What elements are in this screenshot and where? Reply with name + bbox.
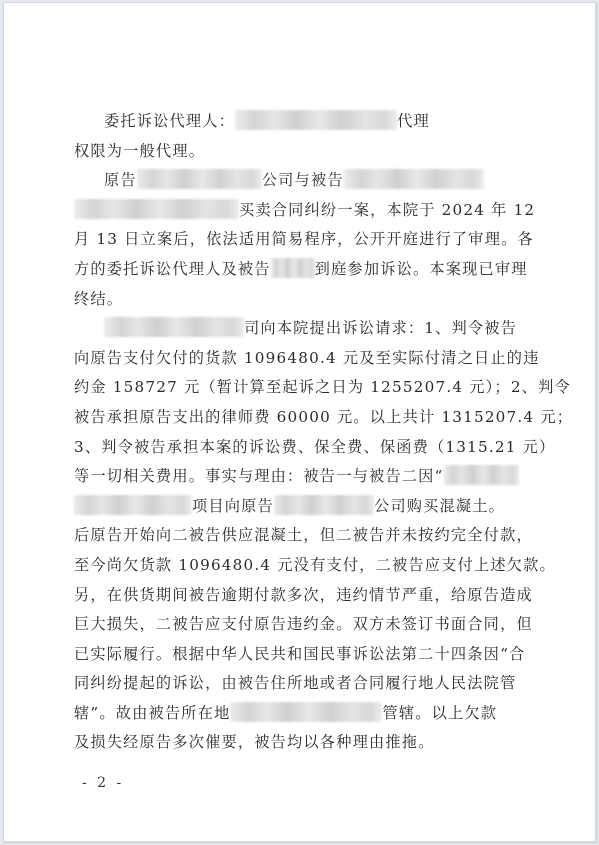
text-line: 方的委托诉讼代理人及被告到庭参加诉讼。本案现已审理: [74, 255, 534, 285]
text-segment: 同纠纷提起的诉讼，由被告住所地或者合同履行地人民法院管: [74, 674, 516, 692]
text-segment: 原告: [104, 171, 137, 189]
text-segment: 3、判令被告承担本案的诉讼费、保全费、保函费（1315.21 元）: [74, 438, 555, 456]
text-line: 另，在供货期间被告逾期付款多次，违约情节严重，给原告造成: [74, 581, 534, 611]
text-segment: 及损失经原告多次催要，被告均以各种理由推拖。: [74, 733, 435, 751]
text-segment: 终结。: [74, 290, 123, 308]
text-segment: 月 13 日立案后，依法适用简易程序，公开开庭进行了审理。各: [74, 230, 534, 248]
page-number: - 2 -: [82, 775, 124, 791]
redacted-text: [104, 317, 244, 337]
redacted-text: [74, 495, 192, 515]
text-line: 同纠纷提起的诉讼，由被告住所地或者合同履行地人民法院管: [74, 669, 534, 699]
text-line: 委托诉讼代理人：代理: [74, 107, 534, 137]
text-line: 终结。: [74, 285, 534, 315]
text-line: 及损失经原告多次催要，被告均以各种理由推拖。: [74, 728, 534, 758]
text-segment: 约金 158727 元（暂计算至起诉之日为 1255207.4 元）；2、判令: [74, 378, 571, 396]
text-line: 约金 158727 元（暂计算至起诉之日为 1255207.4 元）；2、判令: [74, 373, 534, 403]
text-segment: 辖”。故由被告所在地: [74, 704, 230, 722]
text-line: 向原告支付欠付的货款 1096480.4 元及至实际付清之日止的违: [74, 344, 534, 374]
redacted-text: [230, 702, 382, 722]
text-segment: 公司与被告: [262, 171, 344, 189]
text-line: 原告公司与被告: [74, 166, 534, 196]
text-line: 司向本院提出诉讼请求：1、判令被告: [74, 314, 534, 344]
text-line: 项目向原告公司购买混凝土。: [74, 492, 534, 522]
text-segment: 被告承担原告支出的律师费 60000 元。以上共计 1315207.4 元；: [74, 408, 573, 426]
text-segment: 项目向原告: [192, 497, 274, 515]
document-body: 委托诉讼代理人：代理权限为一般代理。原告公司与被告买卖合同纠纷一案，本院于 20…: [74, 107, 534, 758]
document-page: 委托诉讼代理人：代理权限为一般代理。原告公司与被告买卖合同纠纷一案，本院于 20…: [3, 2, 596, 842]
text-line: 权限为一般代理。: [74, 137, 534, 167]
text-segment: 管辖。以上欠款: [382, 704, 497, 722]
text-segment: 司向本院提出诉讼请求：1、判令被告: [244, 319, 517, 337]
text-segment: 到庭参加诉讼。本案现已审理: [315, 260, 528, 278]
text-line: 月 13 日立案后，依法适用简易程序，公开开庭进行了审理。各: [74, 225, 534, 255]
text-line: 巨大损失，二被告应支付原告违约金。双方未签订书面合同，但: [74, 610, 534, 640]
text-segment: 巨大损失，二被告应支付原告违约金。双方未签订书面合同，但: [74, 615, 533, 633]
text-line: 辖”。故由被告所在地管辖。以上欠款: [74, 699, 534, 729]
text-segment: 公司购买混凝土。: [374, 497, 505, 515]
redacted-text: [271, 258, 315, 278]
text-segment: 向原告支付欠付的货款 1096480.4 元及至实际付清之日止的违: [74, 349, 540, 367]
text-segment: 另，在供货期间被告逾期付款多次，违约情节严重，给原告造成: [74, 586, 533, 604]
redacted-text: [344, 169, 484, 189]
text-segment: 已实际履行。根据中华人民共和国民事诉讼法第二十四条因“合: [74, 645, 525, 663]
text-segment: 方的委托诉讼代理人及被告: [74, 260, 271, 278]
redacted-text: [274, 495, 374, 515]
text-segment: 后原告开始向二被告供应混凝土，但二被告并未按约完全付款，: [74, 526, 533, 544]
redacted-text: [74, 199, 239, 219]
text-segment: 至今尚欠货款 1096480.4 元没有支付，二被告应支付上述欠款。: [74, 556, 556, 574]
text-line: 后原告开始向二被告供应混凝土，但二被告并未按约完全付款，: [74, 521, 534, 551]
text-line: 已实际履行。根据中华人民共和国民事诉讼法第二十四条因“合: [74, 640, 534, 670]
text-line: 至今尚欠货款 1096480.4 元没有支付，二被告应支付上述欠款。: [74, 551, 534, 581]
text-segment: 买卖合同纠纷一案，本院于 2024 年 12: [239, 201, 535, 219]
text-segment: 委托诉讼代理人：: [104, 112, 235, 130]
text-segment: 权限为一般代理。: [74, 142, 205, 160]
text-line: 等一切相关费用。事实与理由：被告一与被告二因“: [74, 462, 534, 492]
text-line: 被告承担原告支出的律师费 60000 元。以上共计 1315207.4 元；: [74, 403, 534, 433]
redacted-text: [235, 110, 397, 130]
text-line: 买卖合同纠纷一案，本院于 2024 年 12: [74, 196, 534, 226]
redacted-text: [444, 465, 519, 485]
text-segment: 等一切相关费用。事实与理由：被告一与被告二因“: [74, 467, 444, 485]
text-segment: 代理: [397, 112, 430, 130]
redacted-text: [137, 169, 262, 189]
text-line: 3、判令被告承担本案的诉讼费、保全费、保函费（1315.21 元）: [74, 433, 534, 463]
